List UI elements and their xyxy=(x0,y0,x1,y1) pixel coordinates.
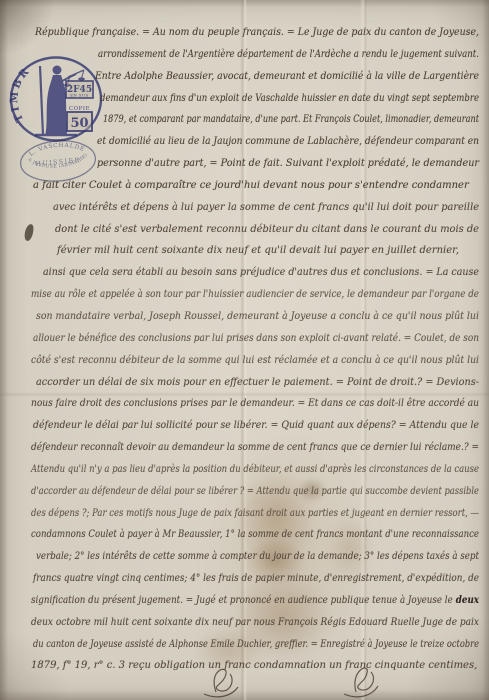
manuscript-line: et domicilié au lieu de la Jaujon commun… xyxy=(0,131,489,153)
manuscript-line: son mandataire verbal, Joseph Roussel, d… xyxy=(0,306,489,328)
manuscript-line: d'accorder au défendeur de délai pour se… xyxy=(0,481,489,503)
manuscript-line: deux octobre mil huit cent soixante dix … xyxy=(0,612,489,634)
overwritten-word: deux xyxy=(453,595,479,606)
manuscript-line: défendeur reconnaît devoir au demandeur … xyxy=(0,437,489,459)
manuscript-line: signification du présent jugement. = Jug… xyxy=(0,590,489,612)
manuscript-line: mise au rôle et appelée à son tour par l… xyxy=(0,284,489,306)
manuscript-line: condamnons Coulet à payer à Mr Beaussier… xyxy=(0,524,489,546)
manuscript-line: personne d'autre part, = Point de fait. … xyxy=(0,153,489,175)
signature-flourish-right xyxy=(326,660,388,700)
manuscript-line: a fait citer Coulet à comparaître ce jou… xyxy=(0,175,489,197)
manuscript-line: du canton de Joyeuse assisté de Alphonse… xyxy=(0,634,489,656)
manuscript-line: Attendu qu'il n'y a pas lieu d'après la … xyxy=(0,459,489,481)
manuscript-line: République française. = Au nom du peuple… xyxy=(0,22,489,44)
manuscript-line: des dépens ?; Par ces motifs nous Juge d… xyxy=(0,503,489,525)
manuscript-line: allouer le bénéfice des conclusions par … xyxy=(0,328,489,350)
manuscript-line: dont le cité s'est verbalement reconnu d… xyxy=(0,219,489,241)
manuscript-line: nous faire droit des conclusions prises … xyxy=(0,393,489,415)
manuscript-line: Entre Adolphe Beaussier, avocat, demeura… xyxy=(0,66,489,88)
manuscript-line: demandeur aux fins d'un exploit de Vasch… xyxy=(0,88,489,110)
signature-flourish-left xyxy=(188,662,250,700)
manuscript-line: février mil huit cent soixante dix neuf … xyxy=(0,240,489,262)
manuscript-lines: République française. = Au nom du peuple… xyxy=(0,22,489,677)
manuscript-line: francs quatre vingt cinq centimes; 4° le… xyxy=(0,568,489,590)
manuscript-line: côté s'est reconnu débiteur de la somme … xyxy=(0,350,489,372)
manuscript-line: 1879, et comparant par mandataire, d'une… xyxy=(0,109,489,131)
manuscript-page: TIMBRE 2F45 EN SUS COPIE 50 xyxy=(0,0,489,700)
manuscript-line: avec intérêts et dépens à lui payer la s… xyxy=(0,197,489,219)
manuscript-line: défendeur le délai par lui sollicité pou… xyxy=(0,415,489,437)
manuscript-line: arrondissement de l'Argentière départeme… xyxy=(0,44,489,66)
manuscript-line: accorder un délai de six mois pour en ef… xyxy=(0,372,489,394)
manuscript-line: ainsi que cela sera établi au besoin san… xyxy=(0,262,489,284)
manuscript-line: verbale; 2° les intérêts de cette somme … xyxy=(0,546,489,568)
